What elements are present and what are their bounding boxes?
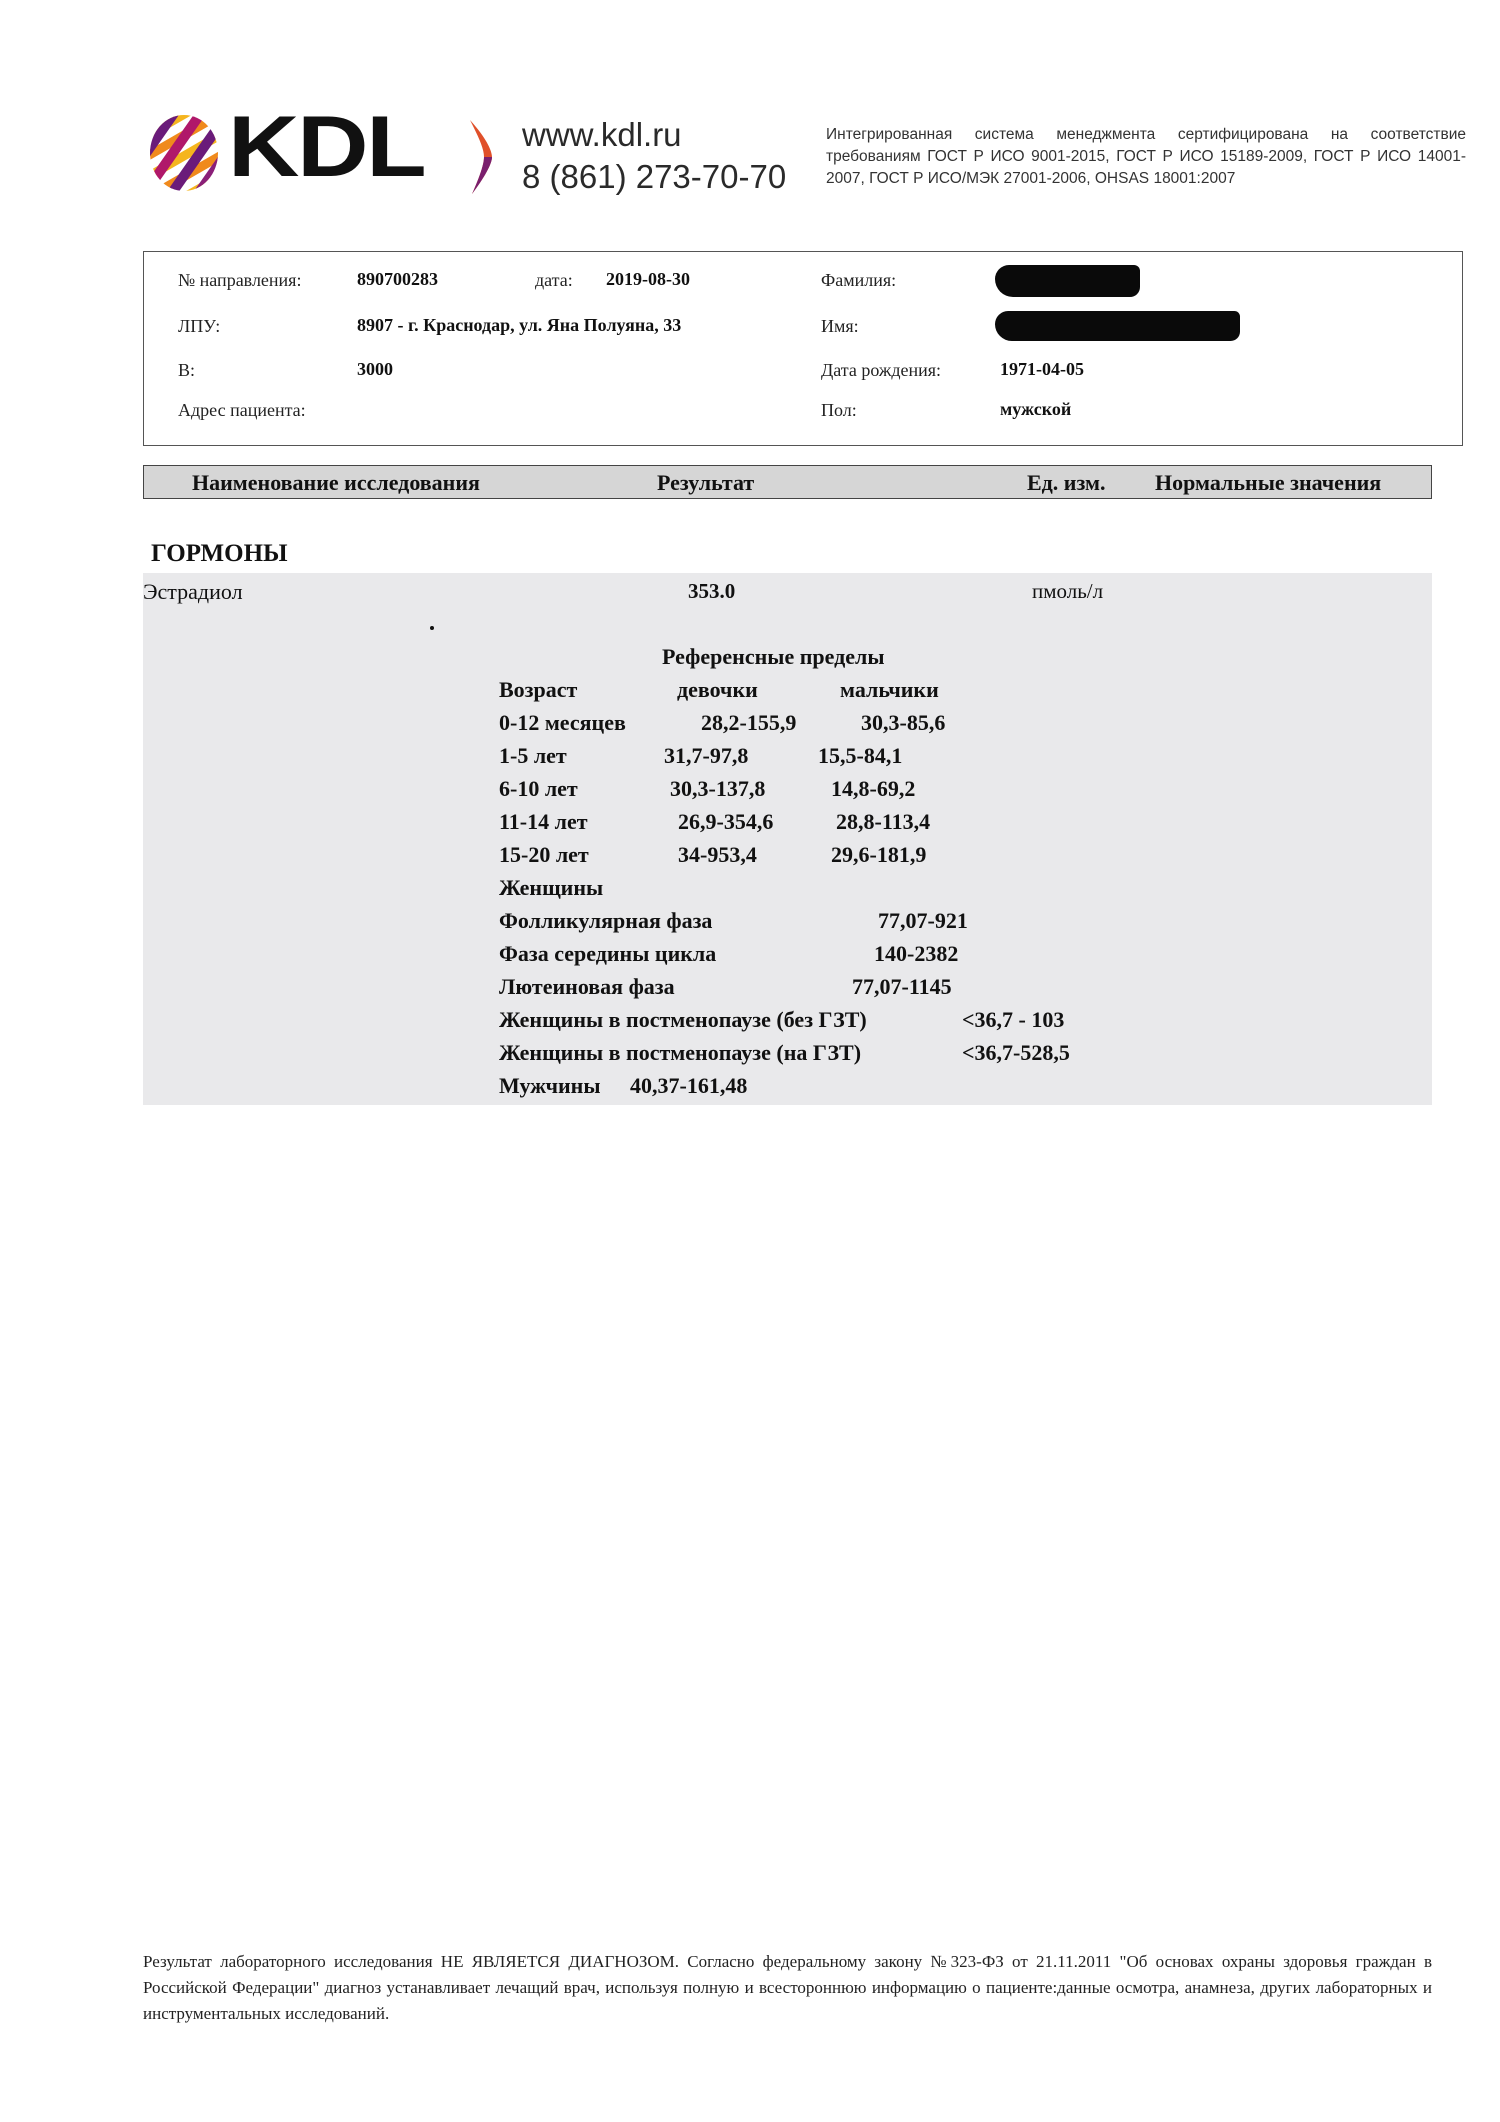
ref-boys: 14,8-69,2 (831, 776, 915, 802)
ref-women-phase: Женщины в постменопаузе (на ГЗТ) (499, 1040, 861, 1066)
ref-women-value: 77,07-921 (878, 908, 968, 934)
name-label: Имя: (821, 316, 859, 337)
ref-age: 6-10 лет (499, 776, 578, 802)
legal-disclaimer: Результат лабораторного исследования НЕ … (143, 1949, 1432, 2027)
ref-girls: 31,7-97,8 (664, 743, 748, 769)
reference-title: Референсные пределы (662, 644, 885, 670)
test-unit: пмоль/л (1032, 579, 1103, 604)
sex-value: мужской (1000, 399, 1071, 420)
ref-girls: 34-953,4 (678, 842, 757, 868)
reference-col-age: Возраст (499, 677, 577, 703)
kdl-brand-logo: KDL (228, 104, 424, 190)
test-result: 353.0 (688, 579, 735, 604)
col-unit: Ед. изм. (1027, 470, 1106, 496)
b-value: 3000 (357, 359, 393, 380)
ref-girls: 30,3-137,8 (670, 776, 765, 802)
birth-date-label: Дата рождения: (821, 360, 941, 381)
date-label: дата: (535, 270, 573, 291)
ref-age: 11-14 лет (499, 809, 588, 835)
sex-label: Пол: (821, 400, 857, 421)
test-name: Эстрадиол (143, 579, 243, 605)
lpu-value: 8907 - г. Краснодар, ул. Яна Полуяна, 33 (357, 315, 681, 336)
surname-label: Фамилия: (821, 270, 896, 291)
address-label: Адрес пациента: (178, 400, 306, 421)
ref-boys: 15,5-84,1 (818, 743, 902, 769)
ref-age: 1-5 лет (499, 743, 567, 769)
col-test-name: Наименование исследования (192, 470, 480, 496)
referral-date: 2019-08-30 (606, 269, 690, 290)
chevron-right-icon (466, 118, 496, 196)
col-result: Результат (657, 470, 754, 496)
ref-women-value: <36,7-528,5 (962, 1040, 1070, 1066)
lpu-label: ЛПУ: (178, 316, 220, 337)
ref-women-label: Женщины (499, 875, 603, 901)
ref-women-phase: Фаза середины цикла (499, 941, 716, 967)
ref-age: 15-20 лет (499, 842, 589, 868)
ref-age: 0-12 месяцев (499, 710, 626, 736)
reference-col-girls: девочки (677, 677, 758, 703)
phone-number: 8 (861) 273-70-70 (522, 160, 786, 193)
ref-women-value: 77,07-1145 (852, 974, 952, 1000)
name-redacted (995, 311, 1240, 341)
col-normal-values: Нормальные значения (1155, 470, 1381, 496)
ref-boys: 28,8-113,4 (836, 809, 930, 835)
referral-number: 890700283 (357, 269, 438, 290)
b-label: В: (178, 360, 195, 381)
ref-boys: 30,3-85,6 (861, 710, 945, 736)
patient-info-box (143, 251, 1463, 446)
surname-redacted (995, 265, 1140, 297)
ref-women-value: 140-2382 (874, 941, 958, 967)
kdl-globe-logo-icon (148, 113, 220, 193)
reference-col-boys: мальчики (840, 677, 939, 703)
ref-women-value: <36,7 - 103 (962, 1007, 1064, 1033)
referral-label: № направления: (178, 270, 301, 291)
ref-girls: 28,2-155,9 (701, 710, 796, 736)
ref-men-value: 40,37-161,48 (630, 1073, 747, 1099)
website-link[interactable]: www.kdl.ru (522, 118, 682, 151)
birth-date-value: 1971-04-05 (1000, 359, 1084, 380)
certification-notice: Интегрированная система менеджмента серт… (826, 124, 1466, 190)
section-title-hormones: ГОРМОНЫ (151, 540, 288, 568)
ref-girls: 26,9-354,6 (678, 809, 773, 835)
ref-women-phase: Фолликулярная фаза (499, 908, 712, 934)
bullet-dot (430, 626, 434, 630)
ref-women-phase: Лютеиновая фаза (499, 974, 675, 1000)
ref-boys: 29,6-181,9 (831, 842, 926, 868)
ref-men-label: Мужчины (499, 1073, 601, 1099)
ref-women-phase: Женщины в постменопаузе (без ГЗТ) (499, 1007, 867, 1033)
